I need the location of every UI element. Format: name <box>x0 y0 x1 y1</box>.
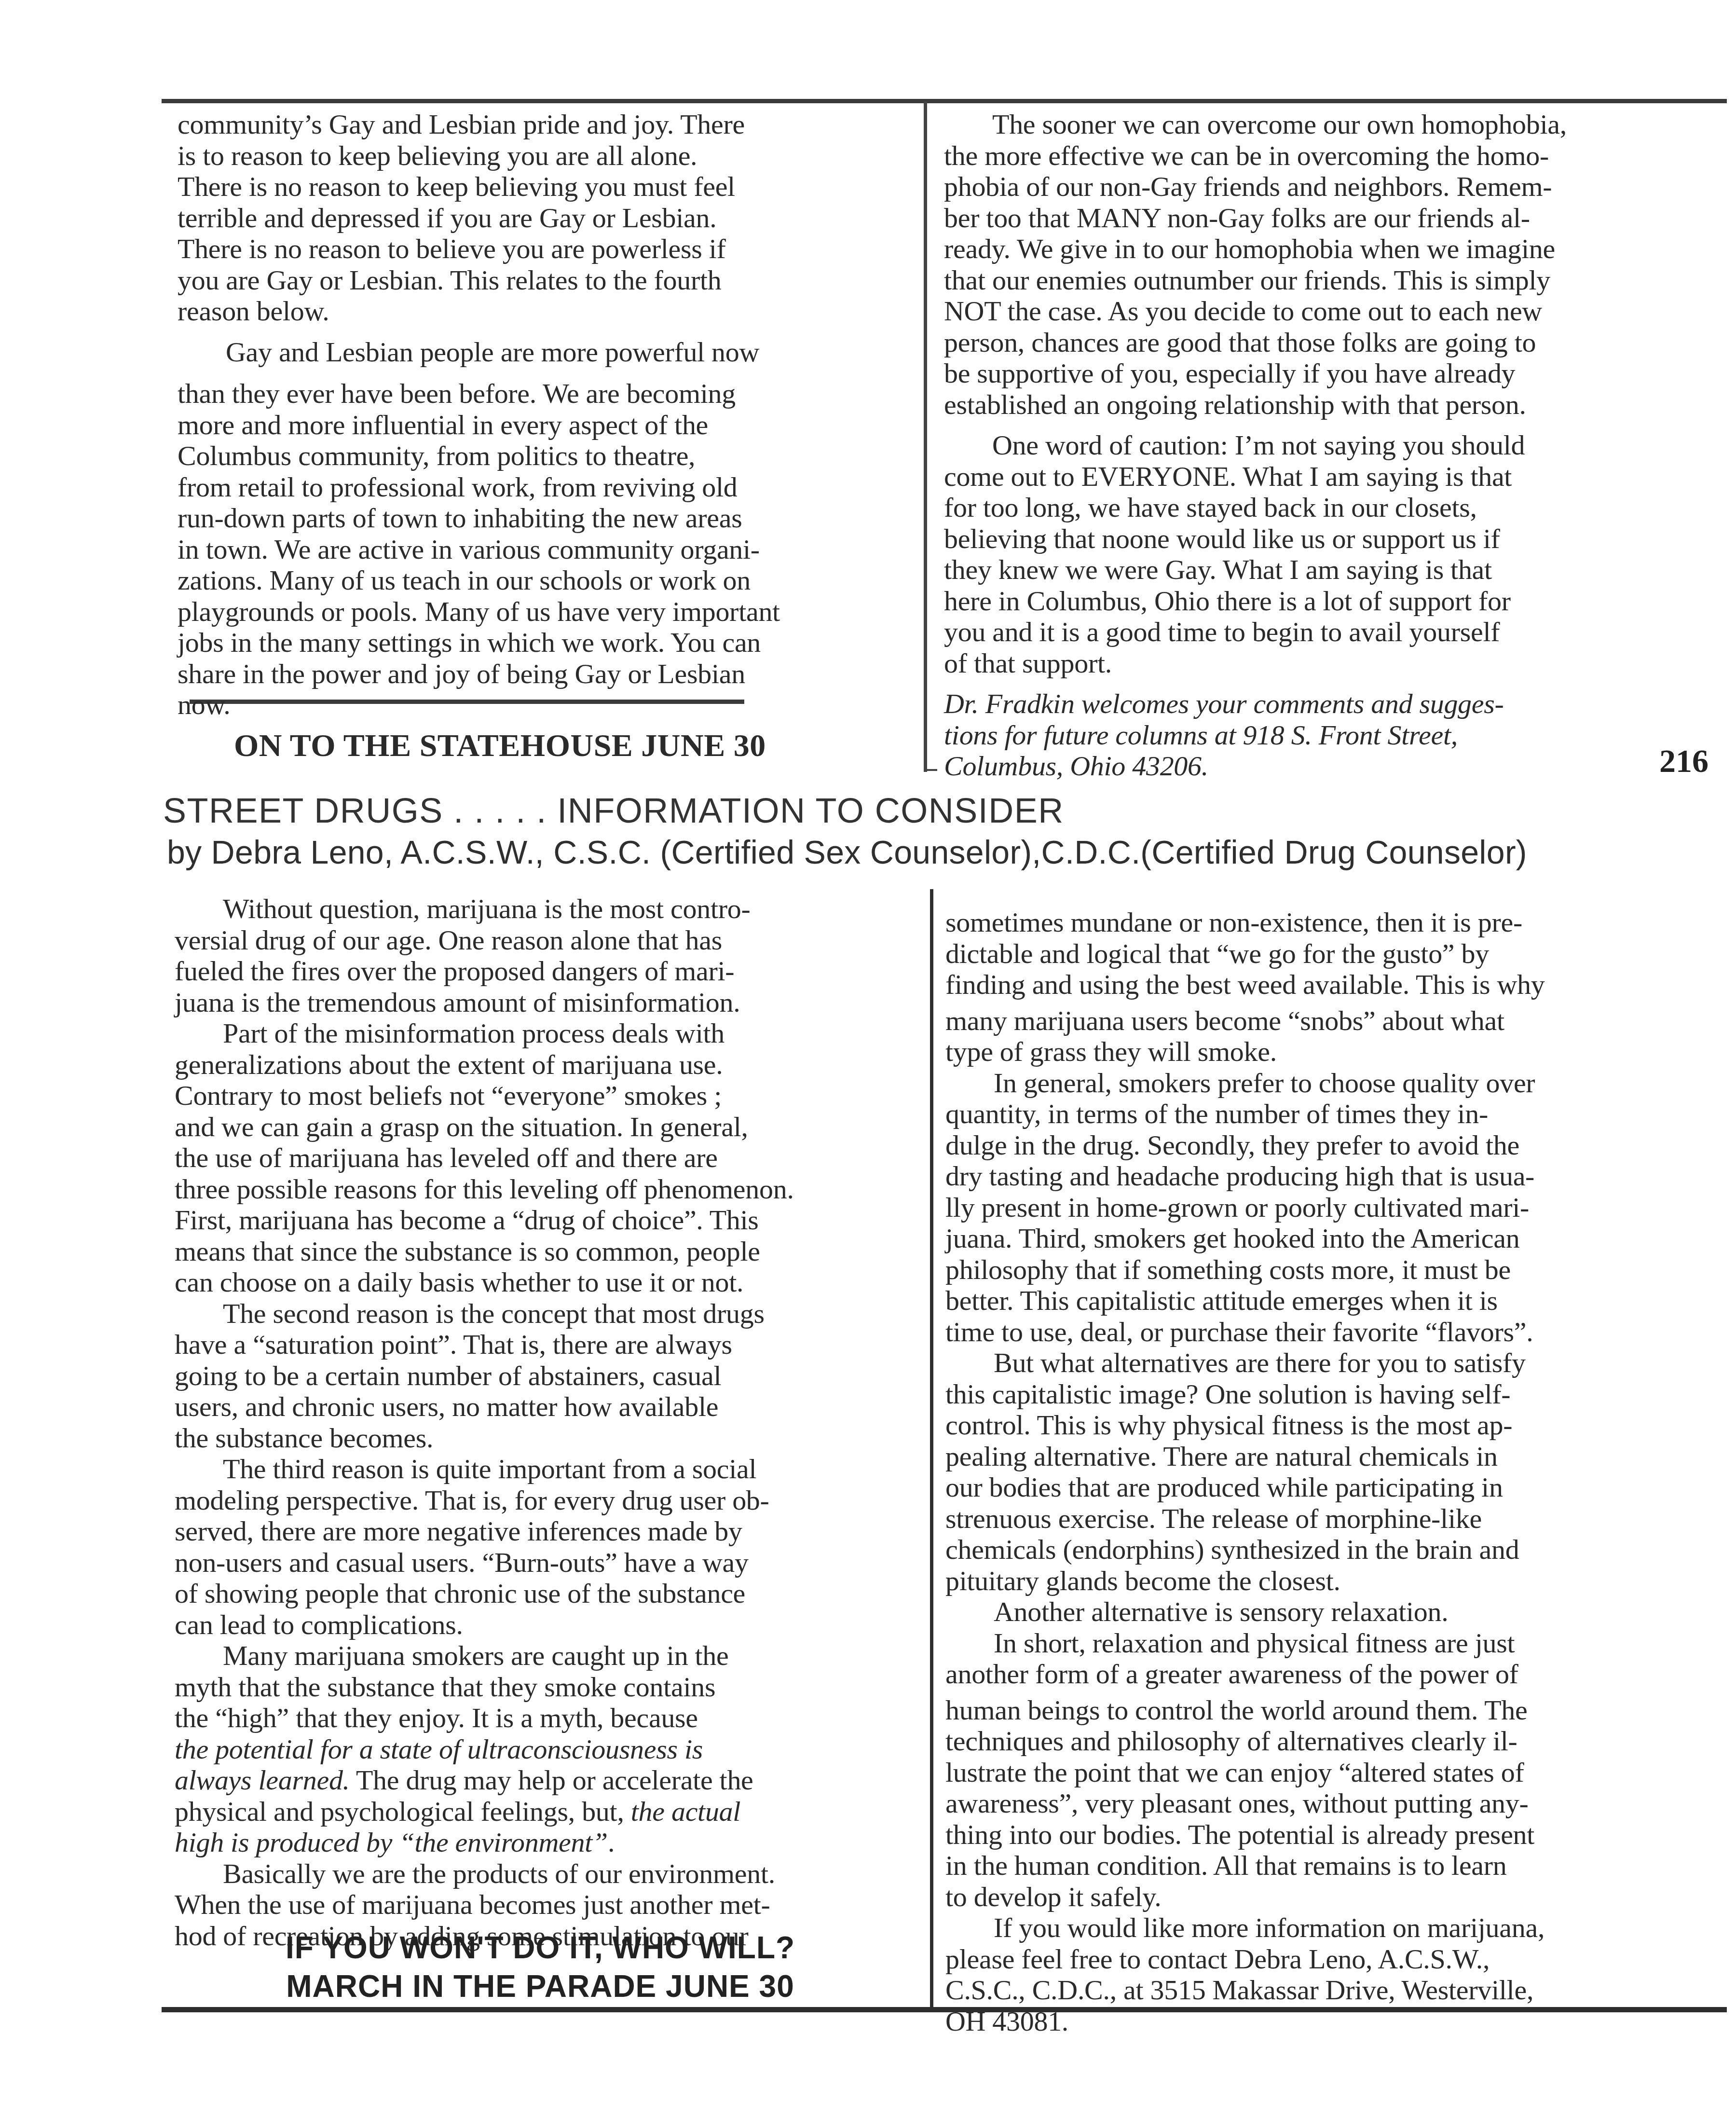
text-line: playgrounds or pools. Many of us have ve… <box>178 596 911 628</box>
text-line: Part of the misinformation process deals… <box>175 1018 927 1049</box>
text-line: always learned. The drug may help or acc… <box>175 1765 927 1796</box>
text-line: generalizations about the extent of mari… <box>175 1049 927 1081</box>
text-line: lly present in home-grown or poorly cult… <box>945 1192 1712 1223</box>
text-line: going to be a certain number of abstaine… <box>175 1361 927 1392</box>
text-line: high is produced by “the environment”. <box>175 1827 927 1858</box>
text-line: Columbus, Ohio 43206. <box>944 751 1696 782</box>
text-line: chemicals (endorphins) synthesized in th… <box>945 1534 1712 1566</box>
text-line: philosophy that if something costs more,… <box>945 1254 1712 1286</box>
text-line: be supportive of you, especially if you … <box>944 358 1696 389</box>
text-line: another form of a greater awareness of t… <box>945 1659 1712 1690</box>
emphasis: always learned. <box>175 1764 350 1796</box>
emphasis: the actual <box>631 1796 740 1827</box>
paragraph: Without question, marijuana is the most … <box>175 894 927 1018</box>
text-line: Many marijuana smokers are caught up in … <box>175 1640 927 1672</box>
paragraph: Part of the misinformation process deals… <box>175 1018 927 1298</box>
text-line: The third reason is quite important from… <box>175 1454 927 1485</box>
text-line: dulge in the drug. Secondly, they prefer… <box>945 1130 1712 1161</box>
text-line: thing into our bodies. The potential is … <box>945 1819 1712 1851</box>
text-line: dry tasting and headache producing high … <box>945 1161 1712 1192</box>
text-run: . <box>608 1827 615 1858</box>
text-line: can lead to complications. <box>175 1609 927 1641</box>
text-line: Gay and Lesbian people are more powerful… <box>178 337 911 368</box>
text-line: Dr. Fradkin welcomes your comments and s… <box>944 688 1696 720</box>
paragraph-myth: Many marijuana smokers are caught up in … <box>175 1640 927 1858</box>
text-line: many marijuana users become “snobs” abou… <box>945 1005 1712 1037</box>
text-line: means that since the substance is so com… <box>175 1236 927 1267</box>
text-line: community’s Gay and Lesbian pride and jo… <box>178 109 911 140</box>
text-line: If you would like more information on ma… <box>945 1912 1712 1944</box>
article-headline: STREET DRUGS . . . . . INFORMATION TO CO… <box>163 791 1064 831</box>
paragraph: But what alternatives are there for you … <box>945 1347 1712 1596</box>
text-line: and we can gain a grasp on the situation… <box>175 1112 927 1143</box>
text-line: reason below. <box>178 296 911 327</box>
text-line: Another alternative is sensory relaxatio… <box>945 1596 1712 1628</box>
text-line: awareness”, very pleasant ones, without … <box>945 1788 1712 1819</box>
text-line: three possible reasons for this leveling… <box>175 1174 927 1205</box>
text-line: in the human condition. All that remains… <box>945 1850 1712 1882</box>
text-line: modeling perspective. That is, for every… <box>175 1485 927 1516</box>
text-line: time to use, deal, or purchase their fav… <box>945 1317 1712 1348</box>
text-line: tions for future columns at 918 S. Front… <box>944 720 1696 751</box>
paragraph: The third reason is quite important from… <box>175 1454 927 1640</box>
text-line: In general, smokers prefer to choose qua… <box>945 1068 1712 1099</box>
text-line: Basically we are the products of our env… <box>175 1858 927 1890</box>
text-line: now. <box>178 689 911 721</box>
paragraph: community’s Gay and Lesbian pride and jo… <box>178 109 911 327</box>
parade-banner: MARCH IN THE PARADE JUNE 30 <box>183 1968 897 2004</box>
article-byline: by Debra Leno, A.C.S.W., C.S.C. (Certifi… <box>167 834 1527 871</box>
text-line: the “high” that they enjoy. It is a myth… <box>175 1703 927 1734</box>
text-line: can choose on a daily basis whether to u… <box>175 1267 927 1298</box>
text-line: When the use of marijuana becomes just a… <box>175 1889 927 1921</box>
text-line: the more effective we can be in overcomi… <box>944 140 1696 172</box>
text-line: here in Columbus, Ohio there is a lot of… <box>944 586 1696 617</box>
text-run: physical and psychological feelings, but… <box>175 1796 631 1827</box>
upper-column-divider <box>924 101 927 772</box>
text-line: you are Gay or Lesbian. This relates to … <box>178 265 911 296</box>
text-line: human beings to control the world around… <box>945 1695 1712 1726</box>
text-line: pealing alternative. There are natural c… <box>945 1441 1712 1472</box>
text-line: lustrate the point that we can enjoy “al… <box>945 1757 1712 1788</box>
text-line: from retail to professional work, from r… <box>178 472 911 503</box>
text-line: that our enemies outnumber our friends. … <box>944 265 1696 296</box>
text-line: users, and chronic users, no matter how … <box>175 1391 927 1423</box>
text-line: juana. Third, smokers get hooked into th… <box>945 1223 1712 1254</box>
text-line: have a “saturation point”. That is, ther… <box>175 1329 927 1361</box>
paragraph: The sooner we can overcome our own homop… <box>944 109 1696 420</box>
text-line: juana is the tremendous amount of misinf… <box>175 987 927 1018</box>
page-number: 216 <box>1659 742 1709 780</box>
text-line: more and more influential in every aspec… <box>178 410 911 441</box>
paragraph: The second reason is the concept that mo… <box>175 1298 927 1454</box>
text-line: non-users and casual users. “Burn-outs” … <box>175 1547 927 1579</box>
text-line: There is no reason to keep believing you… <box>178 171 911 203</box>
text-line: ready. We give in to our homophobia when… <box>944 234 1696 265</box>
call-to-action-banner: IF YOU WON'T DO IT, WHO WILL? <box>183 1930 897 1966</box>
text-line: Without question, marijuana is the most … <box>175 894 927 925</box>
lower-right-column: sometimes mundane or non-existence, then… <box>945 907 1712 2037</box>
text-line: In short, relaxation and physical fitnes… <box>945 1628 1712 1659</box>
text-line: zations. Many of us teach in our schools… <box>178 565 911 596</box>
text-line: myth that the substance that they smoke … <box>175 1672 927 1703</box>
text-line: type of grass they will smoke. <box>945 1036 1712 1068</box>
text-line: But what alternatives are there for you … <box>945 1347 1712 1379</box>
text-line: dictable and logical that “we go for the… <box>945 938 1712 970</box>
text-line: techniques and philosophy of alternative… <box>945 1726 1712 1757</box>
text-line: in town. We are active in various commun… <box>178 534 911 565</box>
paragraph: Another alternative is sensory relaxatio… <box>945 1596 1712 1628</box>
paragraph: sometimes mundane or non-existence, then… <box>945 907 1712 1068</box>
text-line: of showing people that chronic use of th… <box>175 1578 927 1609</box>
text-line: finding and using the best weed availabl… <box>945 969 1712 1001</box>
paragraph: In general, smokers prefer to choose qua… <box>945 1068 1712 1348</box>
text-line: ber too that MANY non-Gay folks are our … <box>944 203 1696 234</box>
text-line: jobs in the many settings in which we wo… <box>178 627 911 659</box>
text-line: established an ongoing relationship with… <box>944 389 1696 421</box>
text-line: quantity, in terms of the number of time… <box>945 1099 1712 1130</box>
text-line: for too long, we have stayed back in our… <box>944 492 1696 523</box>
author-signoff: Dr. Fradkin welcomes your comments and s… <box>944 688 1696 782</box>
text-line: OH 43081. <box>945 2006 1712 2037</box>
text-line: our bodies that are produced while parti… <box>945 1472 1712 1503</box>
text-line: One word of caution: I’m not saying you … <box>944 430 1696 461</box>
text-line: pituitary glands become the closest. <box>945 1566 1712 1597</box>
text-line: The sooner we can overcome our own homop… <box>944 109 1696 140</box>
text-line: Columbus community, from politics to the… <box>178 440 911 472</box>
text-line: they knew we were Gay. What I am saying … <box>944 554 1696 586</box>
text-line: the use of marijuana has leveled off and… <box>175 1142 927 1174</box>
text-line: terrible and depressed if you are Gay or… <box>178 203 911 234</box>
text-line: versial drug of our age. One reason alon… <box>175 925 927 956</box>
text-line: the potential for a state of ultraconsci… <box>175 1734 927 1765</box>
text-line: Contrary to most beliefs not “everyone” … <box>175 1080 927 1112</box>
text-line: share in the power and joy of being Gay … <box>178 659 911 690</box>
text-line: you and it is a good time to begin to av… <box>944 617 1696 648</box>
text-line: come out to EVERYONE. What I am saying i… <box>944 461 1696 493</box>
lower-left-column: Without question, marijuana is the most … <box>175 894 927 1952</box>
text-line: fueled the fires over the proposed dange… <box>175 956 927 987</box>
upper-right-column: The sooner we can overcome our own homop… <box>944 109 1696 782</box>
paragraph: In short, relaxation and physical fitnes… <box>945 1628 1712 1913</box>
text-line: to develop it safely. <box>945 1882 1712 1913</box>
text-run: The drug may help or accelerate the <box>350 1764 753 1796</box>
text-line: The second reason is the concept that mo… <box>175 1298 927 1330</box>
paragraph: One word of caution: I’m not saying you … <box>944 430 1696 679</box>
text-line: this capitalistic image? One solution is… <box>945 1379 1712 1410</box>
top-rule <box>162 99 1727 103</box>
contact-paragraph: If you would like more information on ma… <box>945 1912 1712 2037</box>
text-line: of that support. <box>944 648 1696 679</box>
text-line: person, chances are good that those folk… <box>944 327 1696 358</box>
text-line: sometimes mundane or non-existence, then… <box>945 907 1712 938</box>
text-line: better. This capitalistic attitude emerg… <box>945 1285 1712 1317</box>
lower-column-divider <box>930 889 933 2008</box>
text-line: the substance becomes. <box>175 1423 927 1454</box>
text-line: control. This is why physical fitness is… <box>945 1410 1712 1441</box>
text-line: than they ever have been before. We are … <box>178 378 911 410</box>
text-line: strenuous exercise. The release of morph… <box>945 1503 1712 1535</box>
paragraph: Gay and Lesbian people are more powerful… <box>178 337 911 721</box>
text-line: please feel free to contact Debra Leno, … <box>945 1944 1712 1975</box>
text-line: believing that noone would like us or su… <box>944 523 1696 555</box>
text-line: NOT the case. As you decide to come out … <box>944 296 1696 327</box>
text-line: physical and psychological feelings, but… <box>175 1796 927 1828</box>
upper-column-divider-foot <box>924 769 937 771</box>
emphasis: high is produced by “the environment” <box>175 1827 608 1858</box>
text-line: First, marijuana has become a “drug of c… <box>175 1205 927 1236</box>
text-line: phobia of our non-Gay friends and neighb… <box>944 171 1696 203</box>
text-line: is to reason to keep believing you are a… <box>178 140 911 172</box>
text-line: There is no reason to believe you are po… <box>178 234 911 265</box>
statehouse-banner: ON TO THE STATEHOUSE JUNE 30 <box>234 728 766 764</box>
text-line: C.S.C., C.D.C., at 3515 Makassar Drive, … <box>945 1975 1712 2006</box>
upper-left-column: community’s Gay and Lesbian pride and jo… <box>178 109 911 721</box>
text-line: run-down parts of town to inhabiting the… <box>178 503 911 534</box>
text-line: served, there are more negative inferenc… <box>175 1516 927 1547</box>
